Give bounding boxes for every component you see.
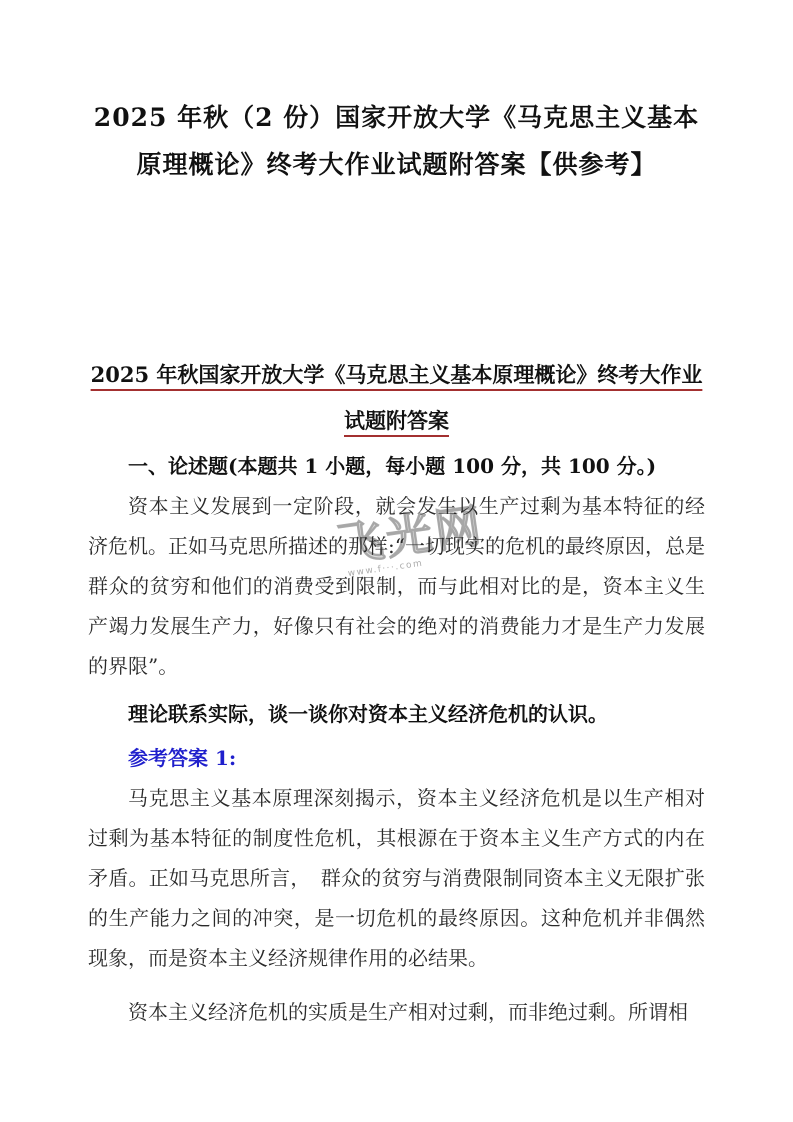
document-subtitle-underlined: 2025 年秋国家开放大学《马克思主义基本原理概论》终考大作业试题附答案 (88, 352, 705, 444)
document-content: 2025 年秋（2 份）国家开放大学《马克思主义基本原理概论》终考大作业试题附答… (88, 94, 705, 1032)
question-section-header: 一、论述题(本题共 1 小题，每小题 100 分，共 100 分。) (88, 446, 705, 486)
document-title: 2025 年秋（2 份）国家开放大学《马克思主义基本原理概论》终考大作业试题附答… (88, 94, 705, 188)
answer-paragraph-2: 资本主义经济危机的实质是生产相对过剩，而非绝过剩。所谓相 (88, 992, 705, 1032)
question-body-paragraph: 资本主义发展到一定阶段，就会发生以生产过剩为基本特征的经济危机。正如马克思所描述… (88, 486, 705, 686)
question-prompt: 理论联系实际，谈一谈你对资本主义经济危机的认识。 (88, 694, 705, 734)
reference-answer-label: 参考答案 1: (88, 738, 705, 778)
document-page: 飞光网 www.f···.com 2025 年秋（2 份）国家开放大学《马克思主… (0, 0, 793, 1122)
answer-paragraph-1: 马克思主义基本原理深刻揭示，资本主义经济危机是以生产相对过剩为基本特征的制度性危… (88, 778, 705, 978)
